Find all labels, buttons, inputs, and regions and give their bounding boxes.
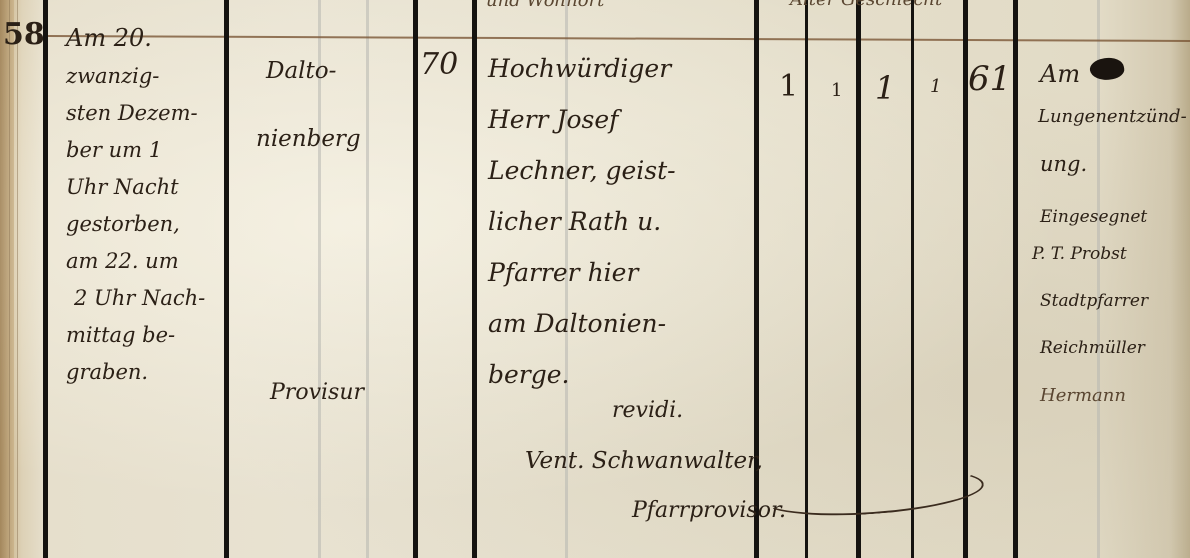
tally-mark: 1	[831, 82, 842, 100]
house-number: 70	[420, 50, 458, 80]
date-of-death-column: Am 20. zwanzig- sten Dezem- ber um 1 Uhr…	[66, 26, 205, 383]
cause-of-death-column: Am Lungenentzünd- ung. Eingesegnet P. T.…	[1040, 62, 1187, 405]
date-line: graben.	[66, 362, 205, 383]
date-line: 2 Uhr Nach-	[66, 288, 205, 309]
column-rule	[472, 0, 477, 558]
date-line: am 22. um	[66, 251, 205, 272]
column-rule	[805, 0, 808, 558]
page-edge-line	[17, 0, 18, 558]
tally-mark: 1	[875, 72, 895, 104]
name-line: licher Rath u.	[488, 209, 676, 234]
page-edge-line	[9, 0, 10, 558]
register-page: und Wohnort Alter Geschlecht 58 Am 20. z…	[0, 0, 1190, 558]
revidi-note: revidi.	[612, 400, 683, 422]
name-line: Lechner, geist-	[488, 158, 676, 183]
signature-line: Vent. Schwanwalter,	[525, 450, 763, 473]
date-line: sten Dezem-	[66, 103, 205, 124]
name-line: Hochwürdiger	[488, 56, 676, 81]
signature-flourish	[759, 462, 986, 522]
pencil-guide-line	[366, 0, 369, 558]
place-line: Dalto-	[266, 60, 336, 83]
cause-line: Hermann	[1040, 387, 1187, 405]
date-line: gestorben,	[66, 214, 205, 235]
cause-line: Am	[1040, 62, 1187, 86]
column-rule	[754, 0, 759, 558]
book-spine-shadow	[0, 0, 14, 558]
column-rule	[1013, 0, 1018, 558]
cause-line: ung.	[1040, 154, 1187, 175]
date-line: Am 20.	[66, 26, 205, 50]
name-line: Herr Josef	[488, 107, 676, 132]
name-line: am Daltonien-	[488, 311, 676, 336]
cause-line: Lungenentzünd-	[1038, 108, 1187, 126]
name-line: berge.	[488, 362, 676, 387]
name-line: Pfarrer hier	[488, 260, 676, 285]
entry-number: 58	[3, 20, 45, 50]
place-line: nienberg	[256, 128, 361, 151]
date-line: zwanzig-	[66, 66, 205, 87]
date-line: Uhr Nacht	[66, 177, 205, 198]
column-rule	[413, 0, 418, 558]
cause-line: Stadtpfarrer	[1040, 293, 1187, 310]
date-line: ber um 1	[66, 140, 205, 161]
column-rule	[43, 0, 48, 558]
tally-mark: 1	[930, 78, 941, 96]
header-fragment-age: Alter Geschlecht	[790, 0, 942, 9]
column-rule	[224, 0, 229, 558]
deceased-name-column: Hochwürdiger Herr Josef Lechner, geist- …	[488, 56, 676, 387]
age-value: 61	[968, 62, 1011, 96]
cause-line: Reichmüller	[1040, 340, 1187, 357]
cause-line: Eingesegnet	[1040, 209, 1187, 226]
provisur-note: Provisur	[270, 382, 364, 404]
header-rule	[48, 35, 1190, 42]
tally-mark: 1	[779, 72, 798, 102]
header-fragment-name: und Wohnort	[486, 0, 604, 10]
date-line: mittag be-	[66, 325, 205, 346]
cause-line: P. T. Probst	[1032, 246, 1187, 263]
